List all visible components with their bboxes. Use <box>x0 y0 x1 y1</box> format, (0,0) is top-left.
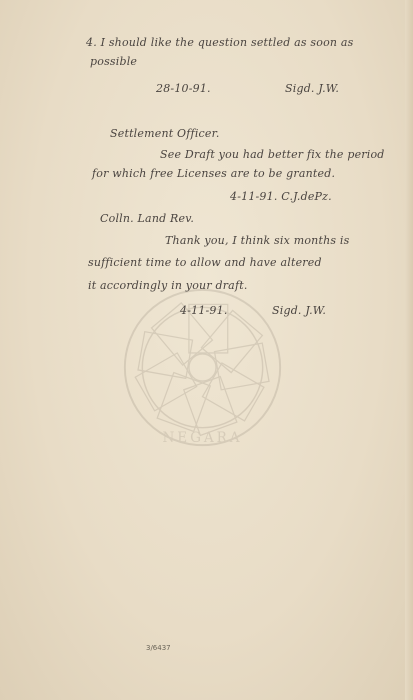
date-signature: 4-11-91. C.J.dePz. <box>230 190 332 203</box>
date: 28-10-91. <box>156 82 211 95</box>
signature: Sigd. J.W. <box>285 82 339 95</box>
page-edge <box>405 0 413 700</box>
text-line: 4. I should like the question settled as… <box>86 36 354 49</box>
text-line: sufficient time to allow and have altere… <box>88 256 322 269</box>
date: 4-11-91. <box>180 304 228 317</box>
document-page: NEGARA 4. I should like the question set… <box>0 0 413 700</box>
text-line: for which free Licenses are to be grante… <box>92 167 335 180</box>
addressee: Settlement Officer. <box>110 127 220 140</box>
text-line: it accordingly in your draft. <box>88 279 248 292</box>
signature: Sigd. J.W. <box>272 304 326 317</box>
reference-number: 3/6437 <box>146 644 171 652</box>
text-line: possible <box>90 55 137 68</box>
text-line: See Draft you had better fix the period <box>160 148 385 161</box>
svg-text:NEGARA: NEGARA <box>163 430 243 446</box>
text-line: Thank you, I think six months is <box>165 234 349 247</box>
addressee: Colln. Land Rev. <box>100 212 194 225</box>
